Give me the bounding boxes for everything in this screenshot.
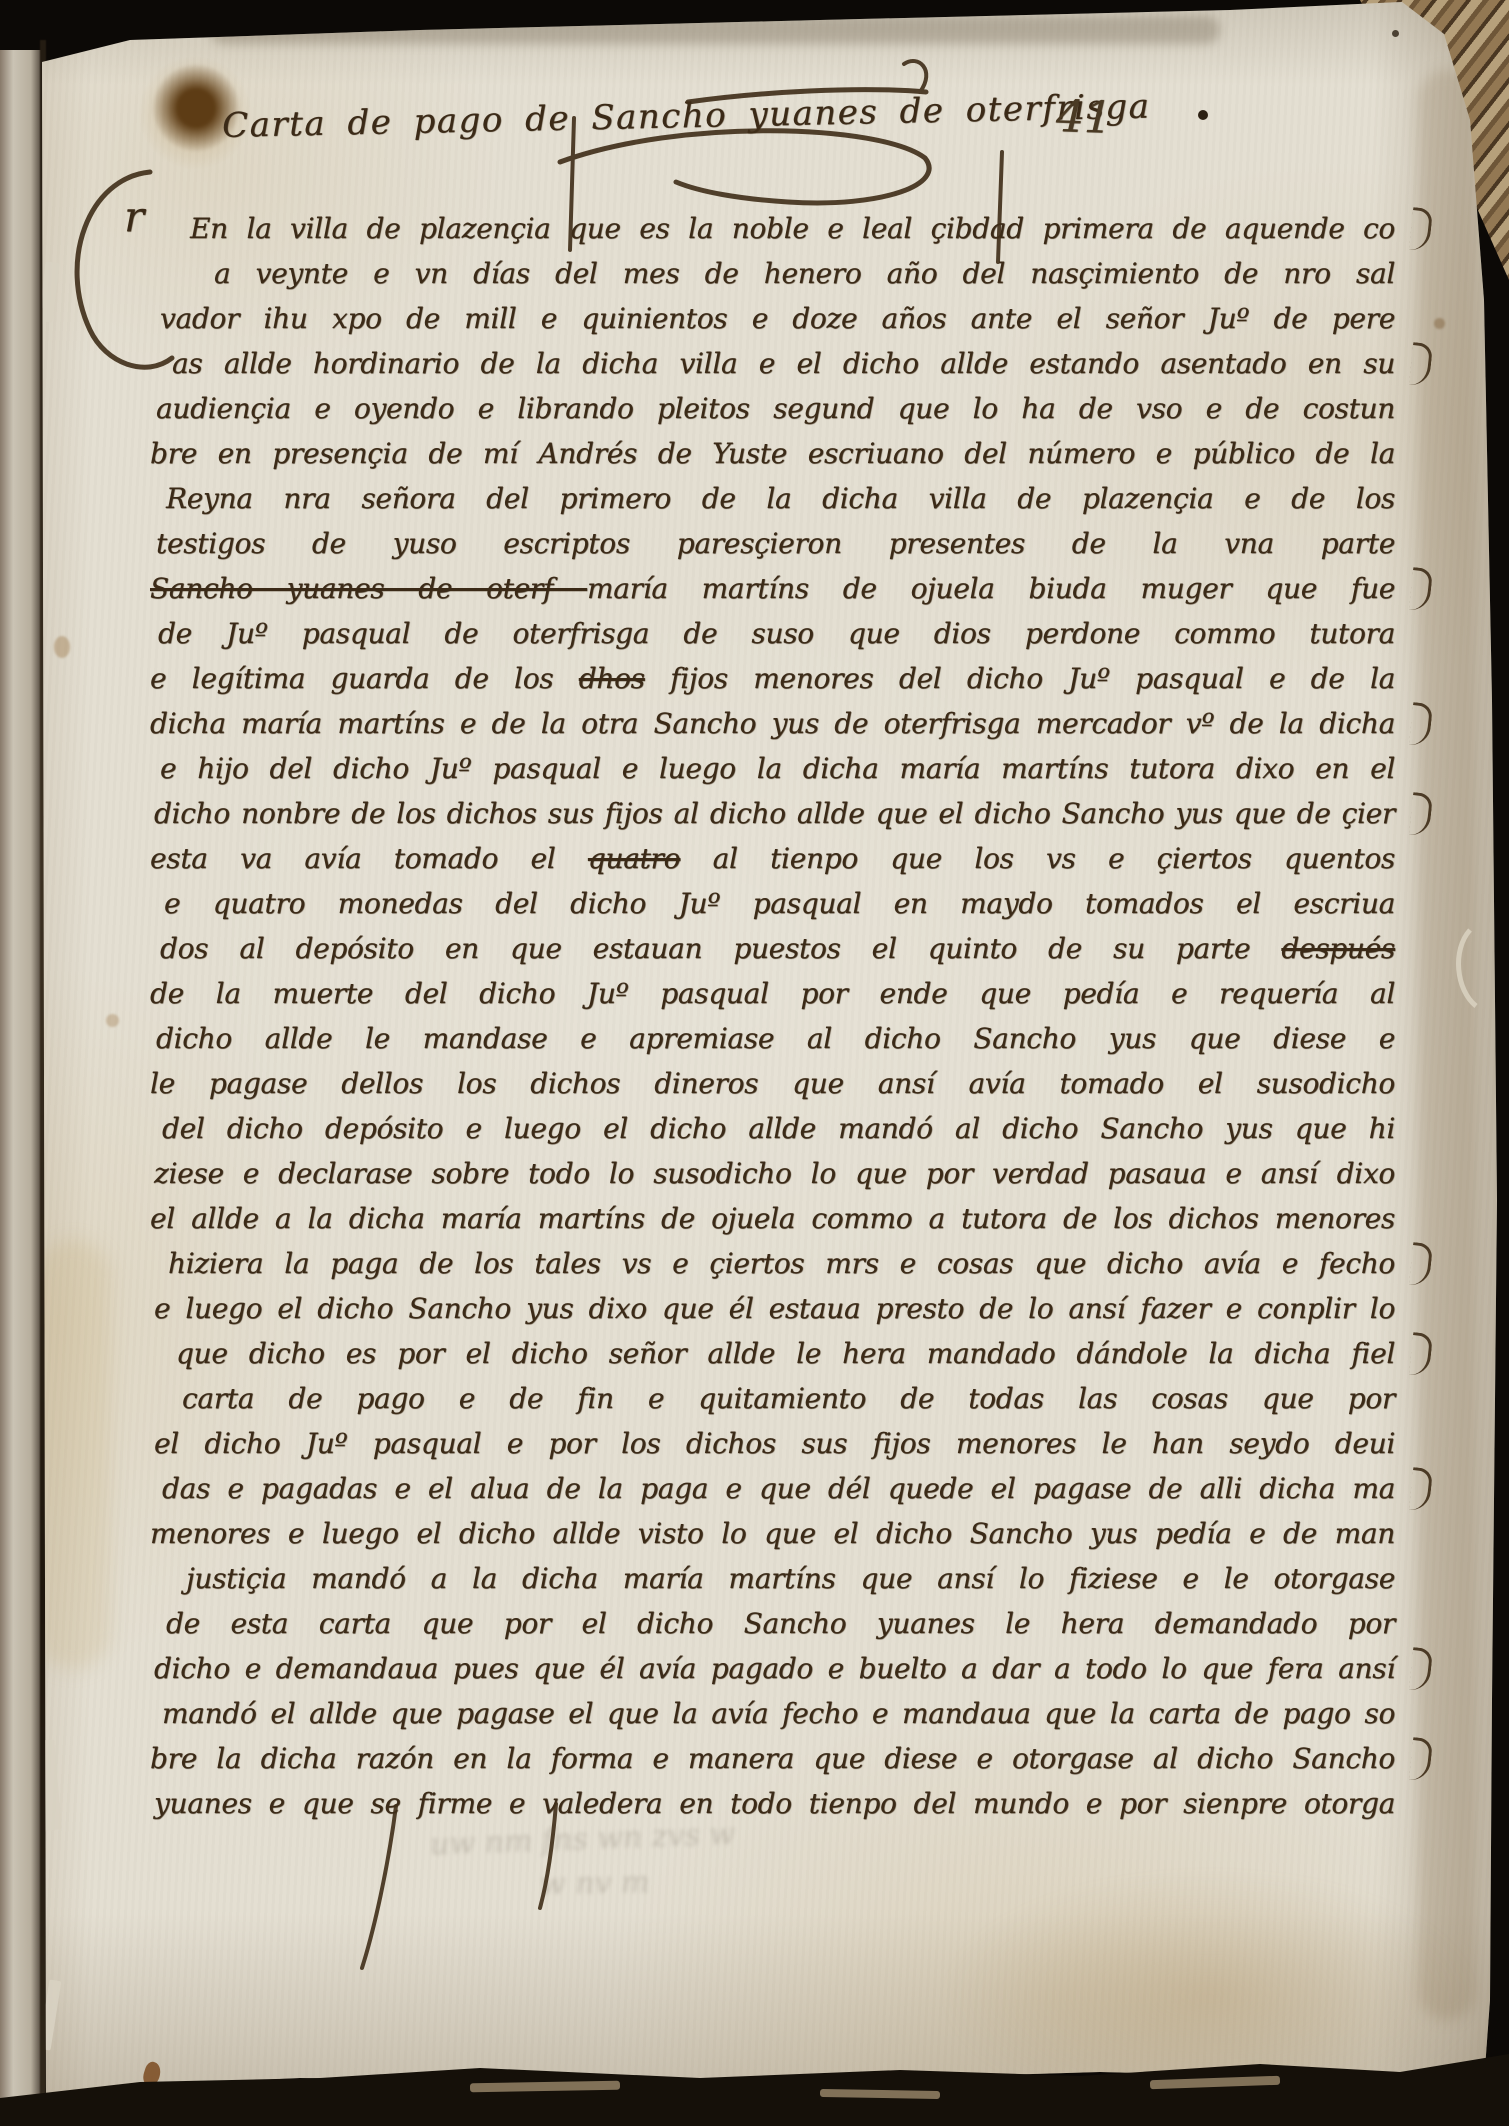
ghost-line: w nv m <box>540 1865 650 1902</box>
struck-text: después <box>1281 932 1395 965</box>
text-line: que dicho es por el dicho señor allde le… <box>176 1337 1395 1379</box>
text-line: el dicho Juº pasqual e por los dichos su… <box>154 1427 1395 1469</box>
text-segment: maría martíns de ojuela biuda muger que … <box>587 572 1395 605</box>
text-line: ziese e declarase sobre todo lo susodich… <box>154 1157 1395 1199</box>
text-line: e hijo del dicho Juº pasqual e luego la … <box>160 752 1395 794</box>
text-segment: bre la dicha razón en la forma e manera … <box>150 1742 1395 1775</box>
text-line: esta va avía tomado el quatro al tienpo … <box>150 842 1395 884</box>
text-segment: yuanes e que se firme e valedera en todo… <box>154 1787 1395 1820</box>
text-segment: bre en presençia de mí Andrés de Yuste e… <box>150 437 1395 470</box>
folio-number: 41 <box>1055 91 1113 144</box>
text-segment: e hijo del dicho Juº pasqual e luego la … <box>160 752 1395 785</box>
margin-spot <box>106 1014 119 1027</box>
text-segment: dicho nonbre de los dichos sus fijos al … <box>154 797 1395 830</box>
text-line: bre la dicha razón en la forma e manera … <box>150 1742 1395 1784</box>
margin-spot <box>1434 318 1445 329</box>
text-line: dicho nonbre de los dichos sus fijos al … <box>154 797 1395 839</box>
text-line: dicho allde le mandase e apremiase al di… <box>156 1022 1395 1064</box>
text-segment: vador ihu xpo de mill e quinientos e doz… <box>160 302 1395 335</box>
struck-text: dhos <box>579 662 645 695</box>
text-segment: el allde a la dicha maría martíns de oju… <box>150 1202 1395 1235</box>
page-header-title: Carta de pago de Sancho yuanes de oterfr… <box>222 90 983 146</box>
text-line: Sancho yuanes de oterf maría martíns de … <box>150 572 1395 614</box>
text-line: testigos de yuso escriptos paresçieron p… <box>156 527 1395 569</box>
text-segment: e quatro monedas del dicho Juº pasqual e… <box>164 887 1395 920</box>
text-line: el allde a la dicha maría martíns de oju… <box>150 1202 1395 1244</box>
text-segment: dos al depósito en que estauan puestos e… <box>160 932 1281 965</box>
text-segment: dicho e demandaua pues que él avía pagad… <box>154 1652 1395 1685</box>
text-segment: das e pagadas e el alua de la paga e que… <box>162 1472 1395 1505</box>
text-line: yuanes e que se firme e valedera en todo… <box>154 1787 1395 1829</box>
text-line: En la villa de plazençia que es la noble… <box>190 212 1395 254</box>
ink-dot <box>1198 110 1208 120</box>
text-segment: carta de pago e de fin e quitamiento de … <box>182 1382 1395 1415</box>
text-line: menores e luego el dicho allde visto lo … <box>150 1517 1395 1559</box>
text-segment: de la muerte del dicho Juº pasqual por e… <box>150 977 1395 1010</box>
text-line: dicho e demandaua pues que él avía pagad… <box>154 1652 1395 1694</box>
text-segment: hiziera la paga de los tales vs e çierto… <box>168 1247 1395 1280</box>
margin-paraph: r <box>124 192 144 241</box>
text-segment: fijos menores del dicho Juº pasqual e de… <box>645 662 1395 695</box>
text-segment: le pagase dellos los dichos dineros que … <box>150 1067 1395 1100</box>
text-segment: ziese e declarase sobre todo lo susodich… <box>154 1157 1395 1190</box>
text-line: e quatro monedas del dicho Juº pasqual e… <box>164 887 1395 929</box>
manuscript-photo: { "manuscript": { "kind": "16th-century … <box>0 0 1509 2126</box>
text-segment: testigos de yuso escriptos paresçieron p… <box>156 527 1395 560</box>
text-segment: al tienpo que los vs e çiertos quentos <box>680 842 1395 875</box>
text-line: dicha maría martíns e de la otra Sancho … <box>150 707 1395 749</box>
text-line: hiziera la paga de los tales vs e çierto… <box>168 1247 1395 1289</box>
text-segment: de esta carta que por el dicho Sancho yu… <box>166 1607 1395 1640</box>
text-segment: as allde hordinario de la dicha villa e … <box>172 347 1395 380</box>
text-segment: dicho allde le mandase e apremiase al di… <box>156 1022 1395 1055</box>
text-line: Reyna nra señora del primero de la dicha… <box>166 482 1395 524</box>
text-line: mandó el allde que pagase el que la avía… <box>162 1697 1395 1739</box>
text-line: vador ihu xpo de mill e quinientos e doz… <box>160 302 1395 344</box>
ink-dot <box>1392 30 1399 37</box>
text-line: audiençia e oyendo e librando pleitos se… <box>156 392 1395 434</box>
text-segment: de Juº pasqual de oterfrisga de suso que… <box>158 617 1395 650</box>
text-segment: dicha maría martíns e de la otra Sancho … <box>150 707 1395 740</box>
text-segment: el dicho Juº pasqual e por los dichos su… <box>154 1427 1395 1460</box>
text-line: le pagase dellos los dichos dineros que … <box>150 1067 1395 1109</box>
text-segment: esta va avía tomado el <box>150 842 588 875</box>
text-line: a veynte e vn días del mes de henero año… <box>214 257 1395 299</box>
text-segment: menores e luego el dicho allde visto lo … <box>150 1517 1395 1550</box>
text-segment: audiençia e oyendo e librando pleitos se… <box>156 392 1395 425</box>
margin-spot <box>54 636 70 658</box>
text-line: del dicho depósito e luego el dicho alld… <box>162 1112 1395 1154</box>
text-segment: Reyna nra señora del primero de la dicha… <box>166 482 1395 515</box>
text-line: justiçia mandó a la dicha maría martíns … <box>186 1562 1395 1604</box>
struck-text: quatro <box>588 842 680 875</box>
text-line: de la muerte del dicho Juº pasqual por e… <box>150 977 1395 1019</box>
text-segment: mandó el allde que pagase el que la avía… <box>162 1697 1395 1730</box>
text-line: das e pagadas e el alua de la paga e que… <box>162 1472 1395 1514</box>
text-segment: que dicho es por el dicho señor allde le… <box>176 1337 1395 1370</box>
struck-text: Sancho yuanes de oterf <box>150 572 587 605</box>
text-line: de esta carta que por el dicho Sancho yu… <box>166 1607 1395 1649</box>
text-segment: del dicho depósito e luego el dicho alld… <box>162 1112 1395 1145</box>
text-line: dos al depósito en que estauan puestos e… <box>160 932 1395 974</box>
text-segment: a veynte e vn días del mes de henero año… <box>214 257 1395 290</box>
text-line: de Juº pasqual de oterfrisga de suso que… <box>158 617 1395 659</box>
text-segment: e legítima guarda de los <box>150 662 579 695</box>
top-edge-smudge <box>210 16 1220 44</box>
text-line: e legítima guarda de los dhos fijos meno… <box>150 662 1395 704</box>
text-line: as allde hordinario de la dicha villa e … <box>172 347 1395 389</box>
text-line: e luego el dicho Sancho yus dixo que él … <box>154 1292 1395 1334</box>
text-line: carta de pago e de fin e quitamiento de … <box>182 1382 1395 1424</box>
text-line: bre en presençia de mí Andrés de Yuste e… <box>150 437 1395 479</box>
text-segment: En la villa de plazençia que es la noble… <box>190 212 1395 245</box>
gutter-yellowing <box>36 1240 110 1670</box>
text-segment: justiçia mandó a la dicha maría martíns … <box>186 1562 1395 1595</box>
previous-leaf-edge <box>0 50 44 2126</box>
text-segment: e luego el dicho Sancho yus dixo que él … <box>154 1292 1395 1325</box>
manuscript-page: Carta de pago de Sancho yuanes de oterfr… <box>0 0 1509 2126</box>
